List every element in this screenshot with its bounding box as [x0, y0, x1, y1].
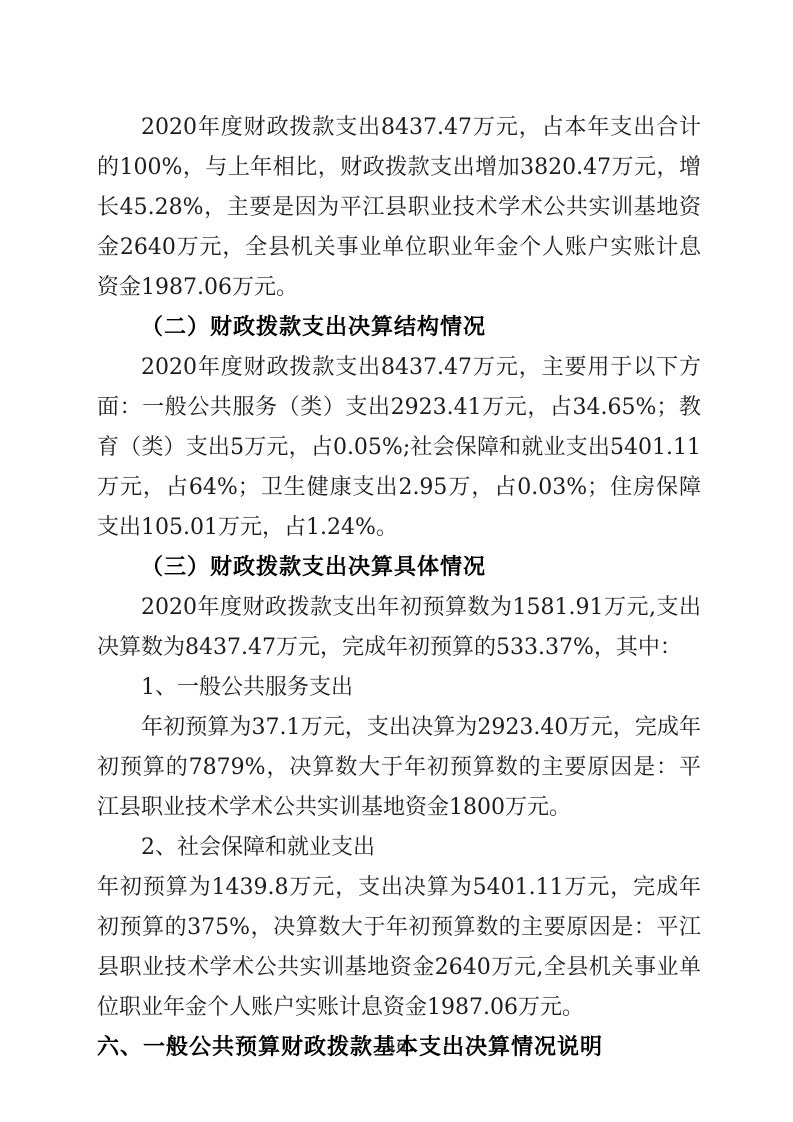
- paragraph-general-public-services-detail: 年初预算为37.1万元，支出决算为2923.40万元，完成年初预算的7879%，…: [97, 708, 701, 828]
- list-item-social-security-employment: 2、社会保障和就业支出: [97, 828, 701, 868]
- page-number: 16: [0, 1037, 793, 1055]
- section-heading-expenditure-details: （三）财政拨款支出决算具体情况: [97, 548, 701, 588]
- paragraph-funding-expenditure-overview: 2020年度财政拨款支出8437.47万元，占本年支出合计的100%，与上年相比…: [97, 108, 701, 308]
- paragraph-social-security-employment-detail: 年初预算为1439.8万元，支出决算为5401.11万元，完成年初预算的375%…: [97, 868, 701, 1028]
- section-heading-expenditure-structure: （二）财政拨款支出决算结构情况: [97, 308, 701, 348]
- document-page: 2020年度财政拨款支出8437.47万元，占本年支出合计的100%，与上年相比…: [0, 0, 793, 1122]
- list-item-general-public-services: 1、一般公共服务支出: [97, 668, 701, 708]
- paragraph-budget-vs-final-accounts: 2020年度财政拨款支出年初预算数为1581.91万元,支出决算数为8437.4…: [97, 588, 701, 668]
- document-body: 2020年度财政拨款支出8437.47万元，占本年支出合计的100%，与上年相比…: [97, 108, 701, 1068]
- paragraph-expenditure-structure: 2020年度财政拨款支出8437.47万元，主要用于以下方面：一般公共服务（类）…: [97, 348, 701, 548]
